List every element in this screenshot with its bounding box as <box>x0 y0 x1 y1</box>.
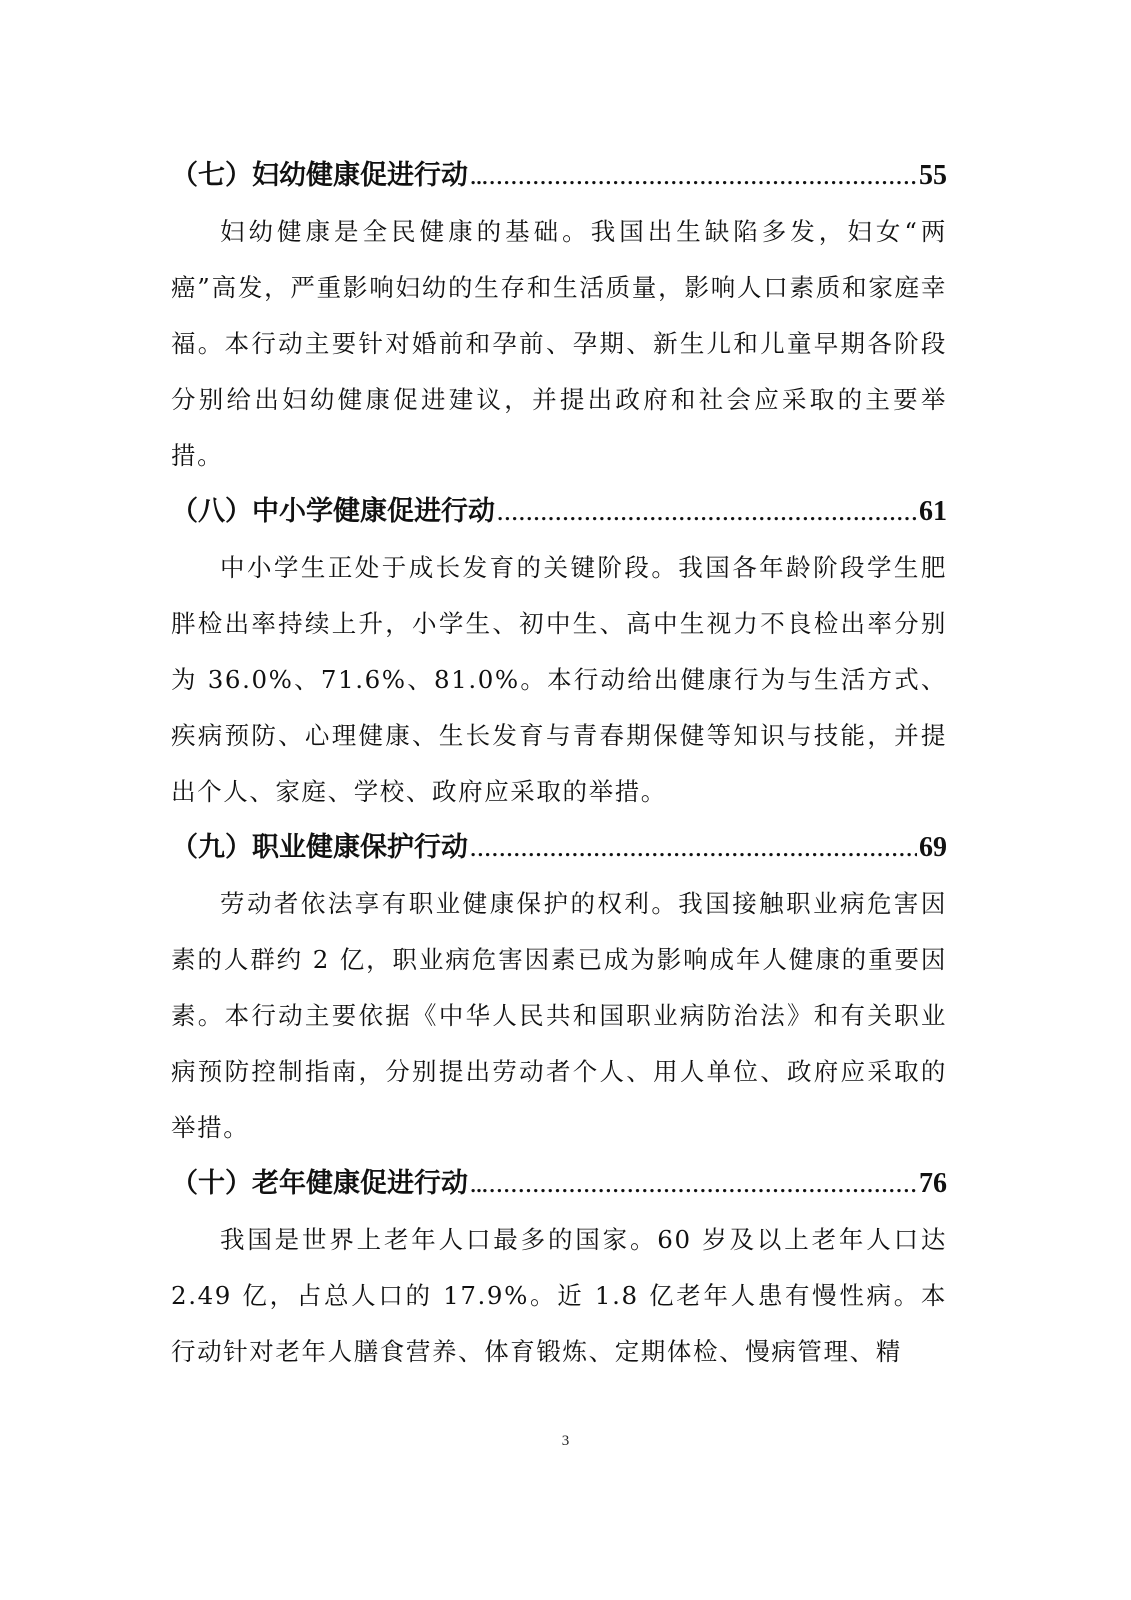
toc-heading: （十）老年健康促进行动 <box>171 1156 468 1212</box>
toc-page-number: 61 <box>919 484 947 540</box>
section-summary: 妇幼健康是全民健康的基础。我国出生缺陷多发，妇女“两癌”高发，严重影响妇幼的生存… <box>171 204 947 484</box>
toc-heading: （七）妇幼健康促进行动 <box>171 148 468 204</box>
toc-page-number: 76 <box>919 1156 947 1212</box>
toc-entry-elderly-health[interactable]: （十）老年健康促进行动 …...........................… <box>171 1156 947 1212</box>
page-content: （七）妇幼健康促进行动 …...........................… <box>171 148 947 1380</box>
toc-heading: （八）中小学健康促进行动 <box>171 484 495 540</box>
toc-heading: （九）职业健康保护行动 <box>171 820 468 876</box>
toc-entry-school-health[interactable]: （八）中小学健康促进行动 ...........................… <box>171 484 947 540</box>
toc-dot-leader: ….......................................… <box>470 1159 917 1212</box>
toc-dot-leader: ….......................................… <box>470 151 917 204</box>
toc-page-number: 69 <box>919 820 947 876</box>
document-page: （七）妇幼健康促进行动 …...........................… <box>0 0 1131 1600</box>
toc-entry-maternal-child-health[interactable]: （七）妇幼健康促进行动 …...........................… <box>171 148 947 204</box>
toc-dot-leader: ........................................… <box>497 487 917 540</box>
toc-dot-leader: ........................................… <box>470 823 917 876</box>
section-summary: 劳动者依法享有职业健康保护的权利。我国接触职业病危害因素的人群约 2 亿，职业病… <box>171 876 947 1156</box>
page-number: 3 <box>0 1433 1131 1450</box>
section-summary: 我国是世界上老年人口最多的国家。60 岁及以上老年人口达 2.49 亿，占总人口… <box>171 1212 947 1380</box>
section-summary: 中小学生正处于成长发育的关键阶段。我国各年龄阶段学生肥胖检出率持续上升，小学生、… <box>171 540 947 820</box>
toc-entry-occupational-health[interactable]: （九）职业健康保护行动 ............................… <box>171 820 947 876</box>
toc-page-number: 55 <box>919 148 947 204</box>
